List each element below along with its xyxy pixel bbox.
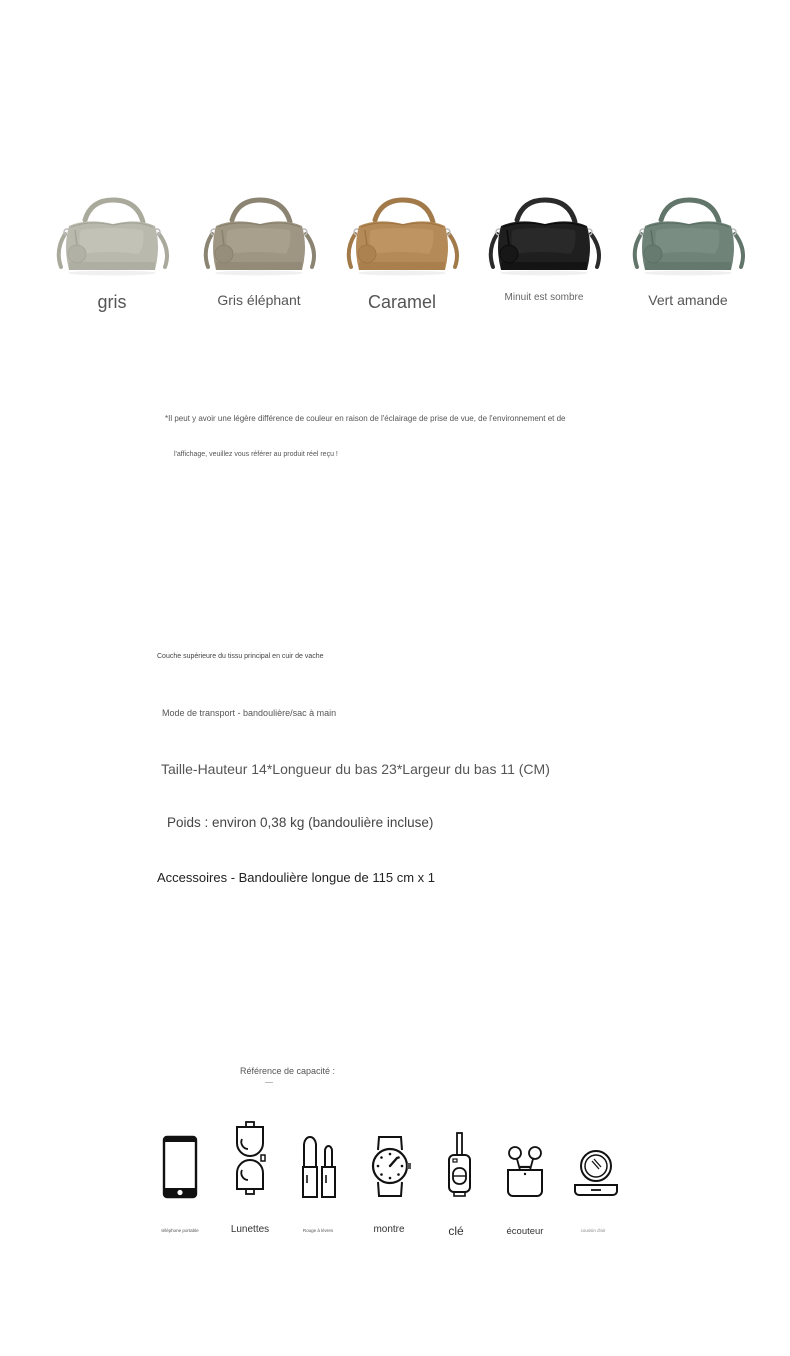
capacity-label-watch: montre: [360, 1224, 418, 1235]
capacity-item-sunglasses: [215, 1115, 285, 1210]
color-disclaimer-line-1: *Il peut y avoir une légère différence d…: [165, 414, 566, 423]
capacity-title: Référence de capacité :: [240, 1066, 335, 1076]
capacity-item-phone: [145, 1115, 215, 1210]
color-label: Minuit est sombre: [474, 292, 614, 303]
sunglasses-icon: [215, 1115, 285, 1210]
capacity-item-earbuds: [490, 1115, 560, 1210]
spec-carry-mode: Mode de transport - bandoulière/sac à ma…: [162, 708, 336, 718]
capacity-item-watch: [355, 1115, 425, 1210]
handbag-image: [479, 192, 609, 282]
capacity-label-phone: téléphone portable: [155, 1228, 205, 1233]
handbag-image: [337, 192, 467, 282]
color-swatch-vert-amande[interactable]: Vert amande: [618, 192, 758, 282]
color-label: gris: [42, 292, 182, 313]
capacity-label-earbuds: écouteur: [500, 1226, 550, 1237]
color-label: Gris éléphant: [189, 292, 329, 308]
spec-weight: Poids : environ 0,38 kg (bandoulière inc…: [167, 815, 433, 830]
color-swatch-gris[interactable]: gris: [42, 192, 182, 282]
lipstick-icon: [285, 1115, 355, 1210]
divider: [265, 1082, 273, 1083]
capacity-item-lipstick: [285, 1115, 355, 1210]
earbuds-icon: [490, 1115, 560, 1210]
color-swatch-minuit[interactable]: Minuit est sombre: [474, 192, 614, 282]
capacity-item-cushion: [561, 1115, 631, 1210]
capacity-label-sunglasses: Lunettes: [220, 1224, 280, 1235]
phone-icon: [145, 1115, 215, 1210]
spec-material: Couche supérieure du tissu principal en …: [157, 653, 324, 660]
color-swatch-caramel[interactable]: Caramel: [332, 192, 472, 282]
capacity-label-cushion: coussin d'air: [568, 1228, 618, 1233]
car-key-icon: [425, 1115, 495, 1210]
cushion-compact-icon: [561, 1115, 631, 1210]
color-label: Vert amande: [618, 292, 758, 308]
handbag-image: [47, 192, 177, 282]
capacity-label-key: clé: [436, 1224, 476, 1238]
color-disclaimer-line-2: l'affichage, veuillez vous référer au pr…: [174, 451, 338, 458]
color-label: Caramel: [332, 292, 472, 313]
capacity-item-key: [425, 1115, 495, 1210]
watch-icon: [355, 1115, 425, 1210]
handbag-image: [194, 192, 324, 282]
color-swatch-gris-elephant[interactable]: Gris éléphant: [189, 192, 329, 282]
capacity-label-lipstick: Rouge à lèvres: [293, 1228, 343, 1233]
spec-accessories: Accessoires - Bandoulière longue de 115 …: [157, 870, 435, 885]
spec-size: Taille-Hauteur 14*Longueur du bas 23*Lar…: [161, 761, 550, 777]
handbag-image: [623, 192, 753, 282]
